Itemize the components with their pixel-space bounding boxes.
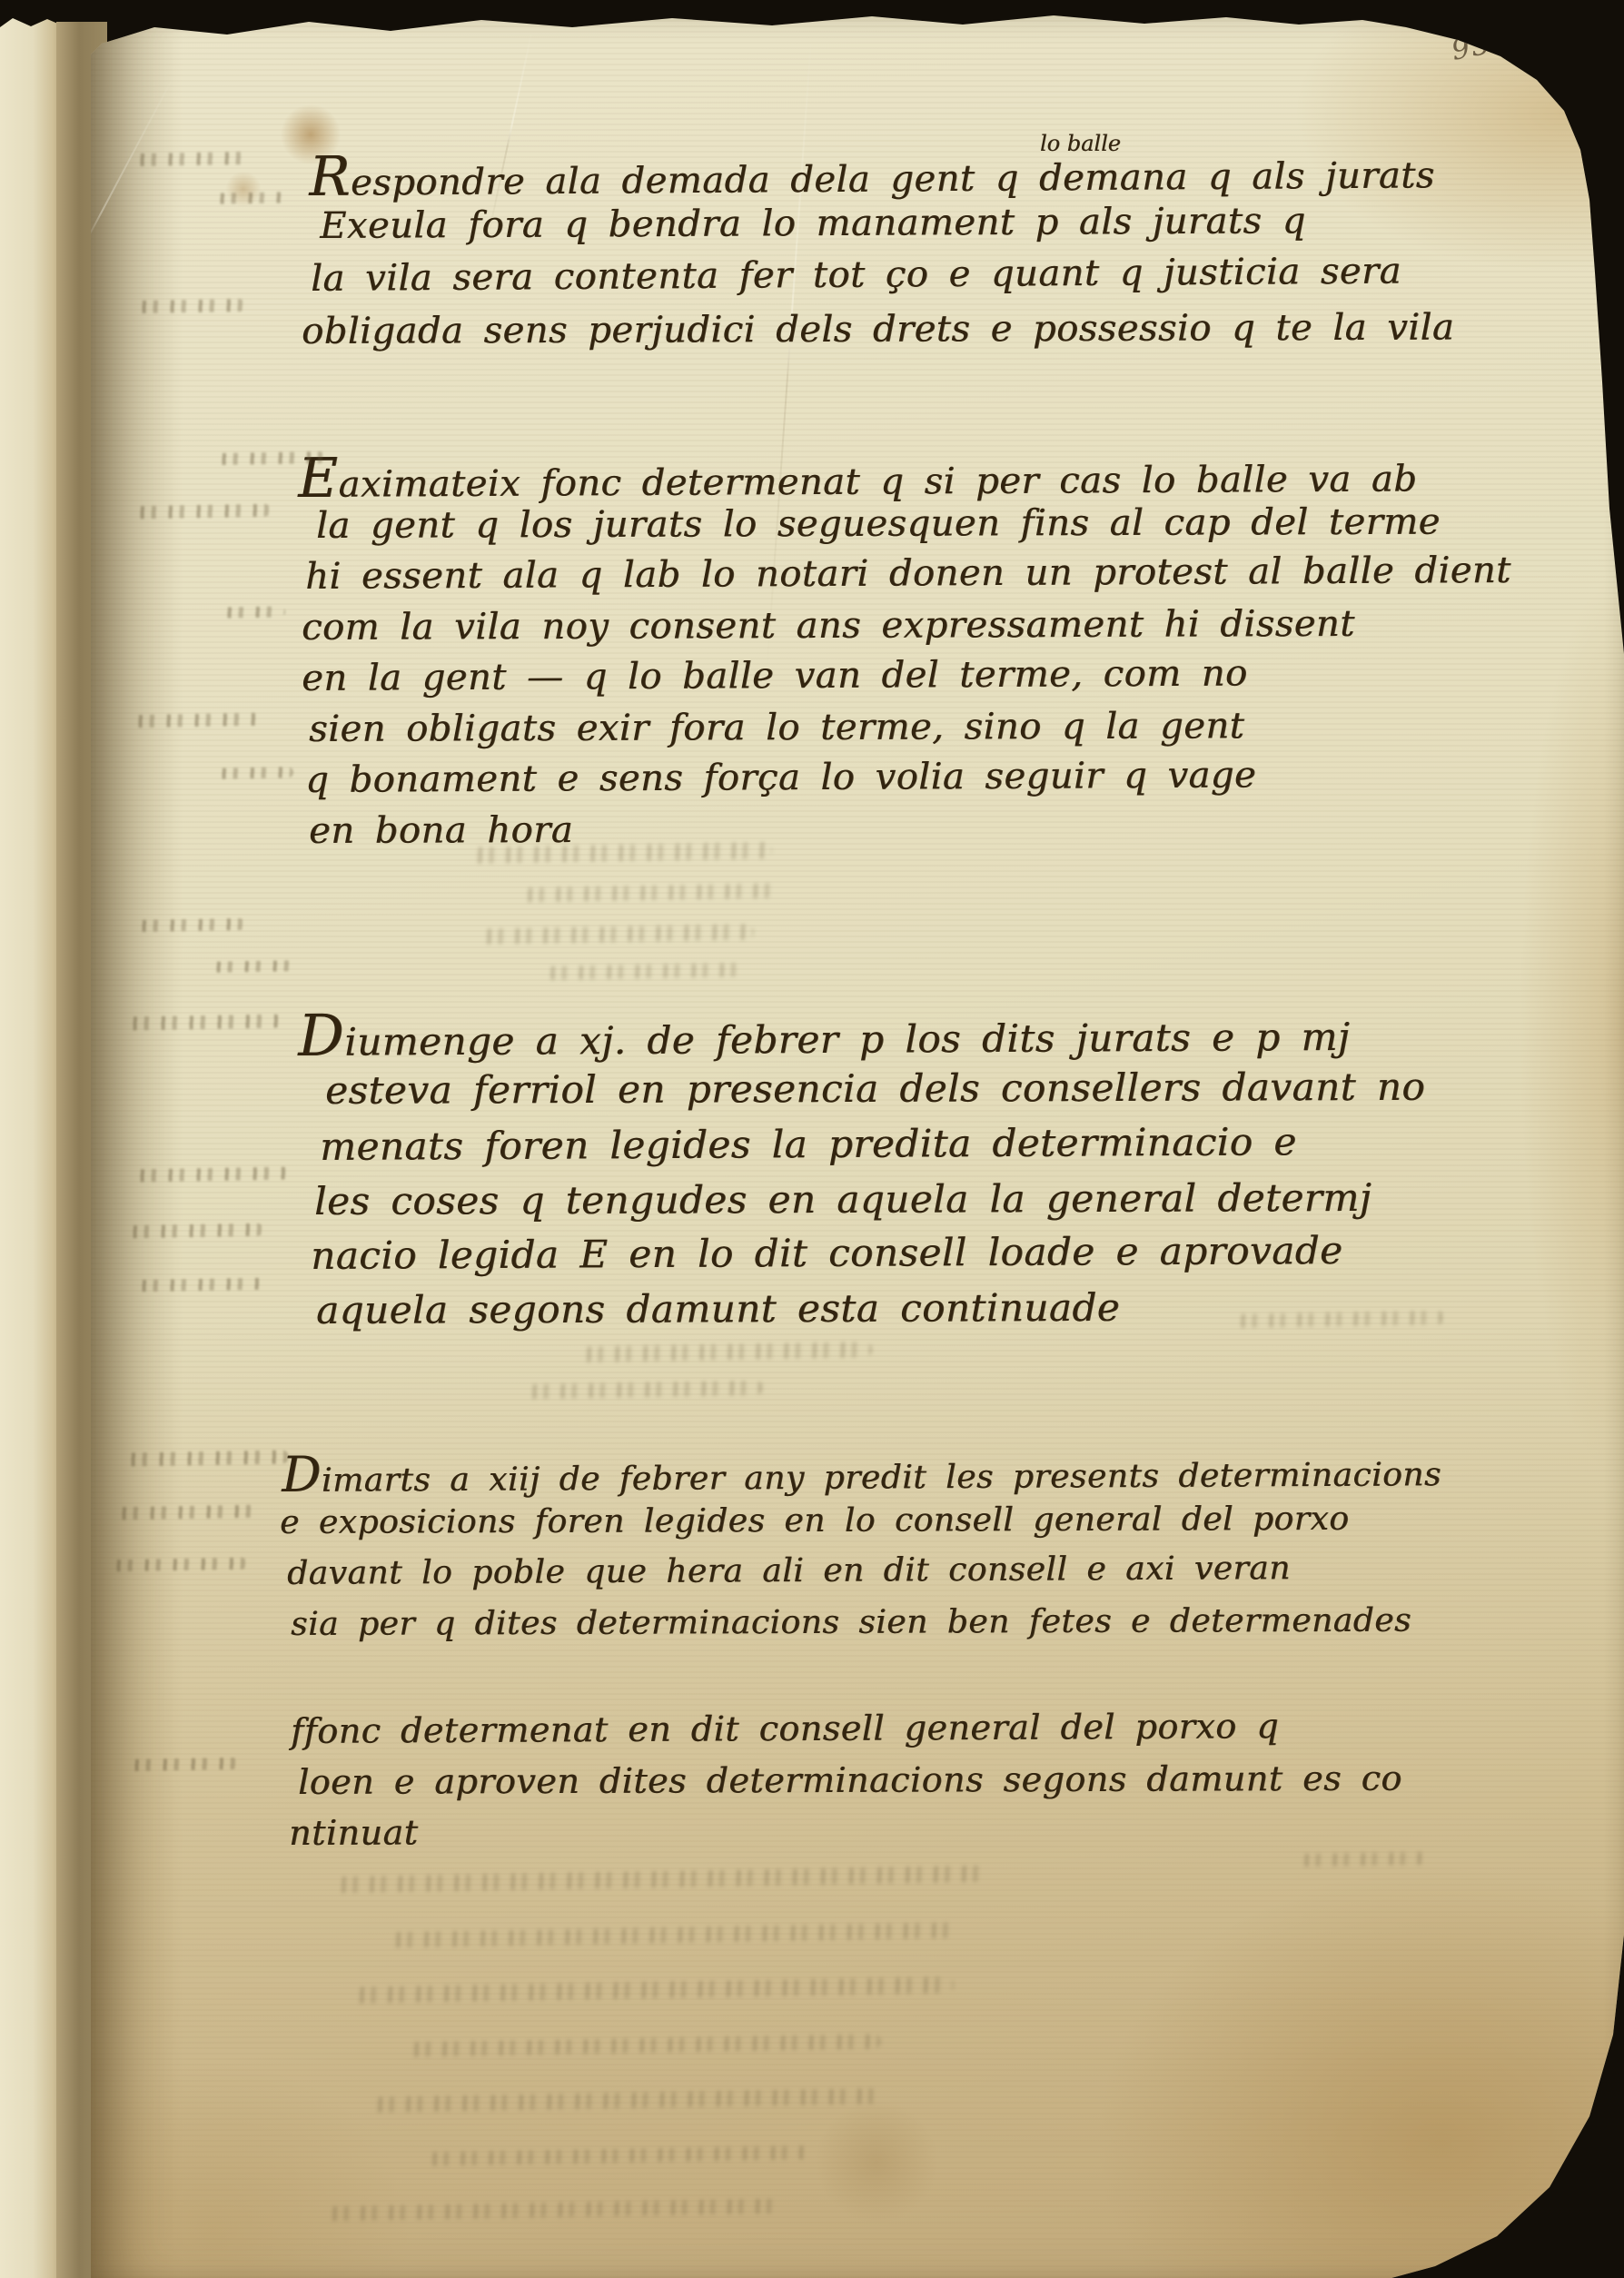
manuscript-line: Dimarts a xiij de febrer any predit les … xyxy=(282,1440,1441,1503)
ink-bleed-through xyxy=(111,1558,247,1572)
manuscript-line: Diumenge a xj. de febrer p los dits jura… xyxy=(298,997,1350,1069)
ink-bleed-through xyxy=(136,918,245,932)
ink-bleed-through xyxy=(336,1866,990,1894)
ink-bleed-through xyxy=(409,2034,881,2056)
manuscript-line: les coses q tengudes en aquela la genera… xyxy=(314,1175,1371,1223)
ink-bleed-through xyxy=(134,152,253,166)
previous-page-edge xyxy=(0,13,60,2278)
manuscript-line: Eaximateix fonc determenat q si per cas … xyxy=(298,441,1417,510)
ink-bleed-through xyxy=(129,1758,238,1771)
manuscript-line: loen e aproven dites determinacions sego… xyxy=(298,1758,1402,1802)
ink-bleed-through xyxy=(372,2088,881,2113)
ink-bleed-through xyxy=(581,1342,872,1362)
ink-bleed-through xyxy=(545,963,745,980)
ink-bleed-through xyxy=(527,1381,763,1400)
ink-bleed-through xyxy=(522,884,777,903)
manuscript-line: sien obligats exir fora lo terme, sino q… xyxy=(309,705,1244,750)
manuscript-line: Exeula fora q bendra lo manament p als j… xyxy=(320,200,1306,247)
ink-bleed-through xyxy=(214,192,287,203)
manuscript-line: obligada sens perjudici dels drets e pos… xyxy=(302,307,1454,352)
ink-bleed-through xyxy=(116,1505,262,1520)
manuscript-line: Respondre ala demada dela gent q demana … xyxy=(309,137,1435,209)
ink-bleed-through xyxy=(134,1167,289,1183)
manuscript-line: com la vila noy consent ans expressament… xyxy=(302,603,1355,649)
ink-bleed-through xyxy=(481,924,754,944)
ink-bleed-through xyxy=(391,1923,954,1948)
manuscript-line: esteva ferriol en presencia dels consell… xyxy=(325,1065,1425,1113)
ink-bleed-through xyxy=(354,1976,954,2004)
manuscript-line: ffonc determenat en dit consell general … xyxy=(291,1706,1279,1751)
manuscript-line: nacio legida E en lo dit consell loade e… xyxy=(311,1228,1343,1278)
ink-bleed-through xyxy=(1235,1311,1444,1328)
manuscript-page: 939 Respondre ala demada dela gent q dem… xyxy=(91,0,1624,2278)
folio-number: 939 xyxy=(1449,24,1513,67)
ink-bleed-through xyxy=(127,1015,282,1031)
manuscript-line: menats foren legides la predita determin… xyxy=(320,1119,1297,1169)
manuscript-line: davant lo poble que hera ali en dit cons… xyxy=(287,1550,1291,1592)
ink-bleed-through xyxy=(427,2145,808,2165)
ink-bleed-through xyxy=(127,1223,263,1239)
manuscript-line: e exposicions foren legides en lo consel… xyxy=(280,1501,1349,1541)
ink-bleed-through xyxy=(211,960,297,973)
scan-background: { "page": { "folio_number": "939" }, "ma… xyxy=(0,0,1624,2278)
ink-bleed-through xyxy=(133,713,260,728)
ink-bleed-through xyxy=(222,606,285,618)
manuscript-line: la vila sera contenta fer tot ço e quant… xyxy=(311,251,1401,300)
ink-bleed-through xyxy=(136,1278,263,1292)
ink-bleed-through xyxy=(125,1450,289,1466)
ink-bleed-through xyxy=(216,767,293,778)
ink-bleed-through xyxy=(136,299,245,313)
manuscript-line: hi essent ala q lab lo notari donen un p… xyxy=(305,550,1511,598)
ink-bleed-through xyxy=(134,504,271,520)
manuscript-line: ntinuat xyxy=(289,1813,418,1853)
manuscript-line: sia per q dites determinacions sien ben … xyxy=(291,1602,1411,1643)
ink-bleed-through xyxy=(327,2199,781,2222)
manuscript-line: en la gent — q lo balle van del terme, c… xyxy=(302,653,1248,699)
ink-bleed-through xyxy=(216,451,325,465)
ink-bleed-through xyxy=(1299,1852,1426,1867)
manuscript-line: la gent q los jurats lo seguesquen fins … xyxy=(316,501,1441,547)
manuscript-line: q bonament e sens força lo volia seguir … xyxy=(305,755,1256,801)
manuscript-line: aquela segons damunt esta continuade xyxy=(316,1285,1120,1332)
interlinear-insertion: lo balle xyxy=(1040,131,1121,156)
